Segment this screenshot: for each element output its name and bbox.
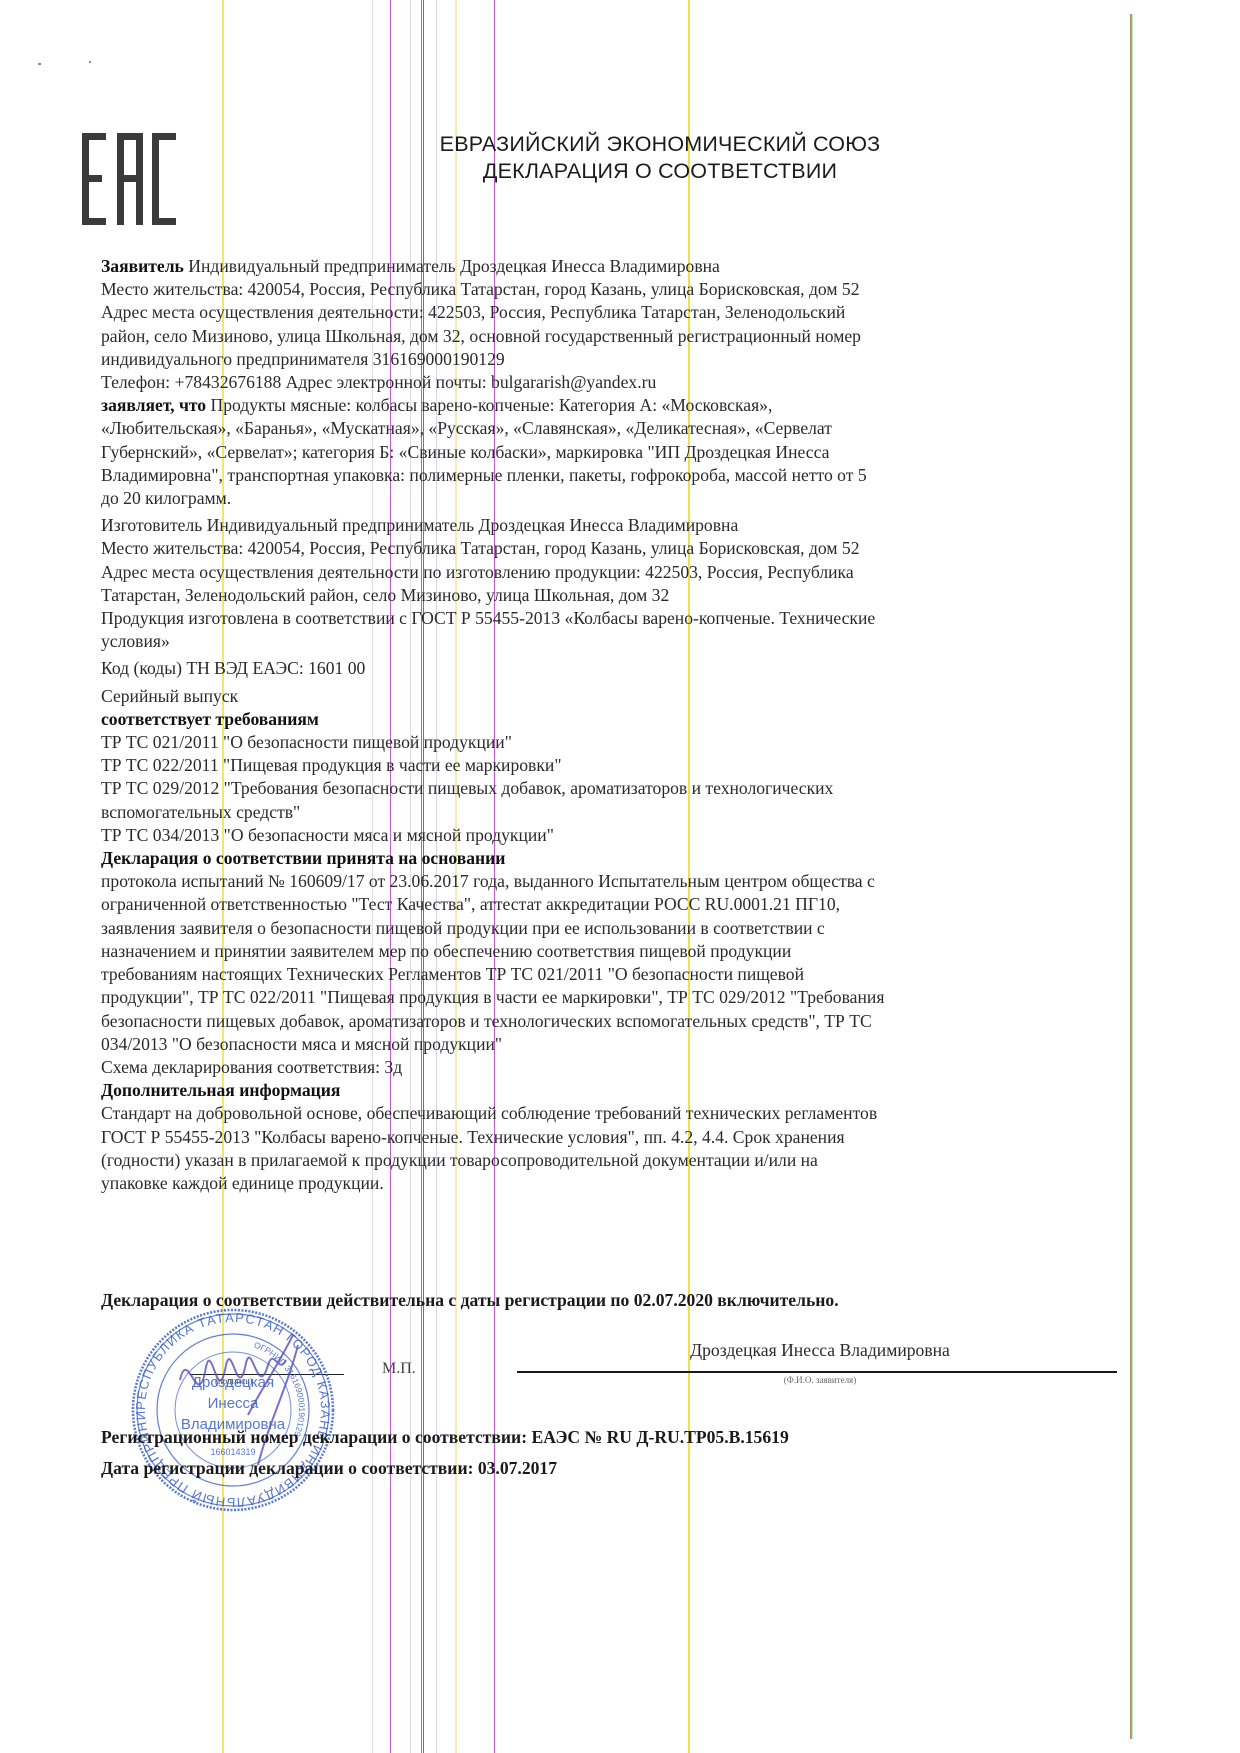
requirement-item: вспомогательных средств" <box>101 801 1121 824</box>
additional-info-text: ГОСТ Р 55455-2013 "Колбасы варено-копчен… <box>101 1126 1121 1149</box>
additional-info-text: (годности) указан в прилагаемой к продук… <box>101 1149 1121 1172</box>
declares-label: заявляет, что <box>101 395 206 415</box>
manufacturer-name: Индивидуальный предприниматель Дроздецка… <box>207 515 739 535</box>
product-description: «Любительская», «Баранья», «Мускатная», … <box>101 417 1121 440</box>
basis-text: требованиям настоящих Технических Реглам… <box>101 963 1121 986</box>
product-description: Губернский», «Сервелат»; категория Б: «С… <box>101 441 1121 464</box>
production-address: Татарстан, Зеленодольский район, село Ми… <box>101 584 1121 607</box>
applicant-name: Индивидуальный предприниматель Дроздецка… <box>188 256 720 276</box>
declaration-page: ЕВРАЗИЙСКИЙ ЭКОНОМИЧЕСКИЙ СОЮЗ ДЕКЛАРАЦИ… <box>0 0 1240 1753</box>
registration-date: Дата регистрации декларации о соответств… <box>101 1458 557 1479</box>
additional-info-heading: Дополнительная информация <box>101 1079 1121 1102</box>
release-type: Серийный выпуск <box>101 685 1121 708</box>
basis-text: 034/2013 "О безопасности мяса и мясной п… <box>101 1033 1121 1056</box>
signer-name: Дроздецкая Инесса Владимировна <box>520 1340 1120 1361</box>
requirements-label: соответствует требованиям <box>101 709 319 729</box>
applicant-contacts: Телефон: +78432676188 Адрес электронной … <box>101 371 1121 394</box>
applicant-residence: Место жительства: 420054, Россия, Респуб… <box>101 278 1121 301</box>
basis-text: продукции", ТР ТС 022/2011 "Пищевая прод… <box>101 986 1121 1009</box>
production-standard: условия» <box>101 630 1121 653</box>
requirement-item: ТР ТС 021/2011 "О безопасности пищевой п… <box>101 731 1121 754</box>
official-stamp-icon: РЕСПУБЛИКА ТАТАРСТАН ГОРОД КАЗАНЬ ИНДИВИ… <box>128 1305 338 1515</box>
stamp-inn: 166014319 <box>210 1447 255 1457</box>
requirement-item: ТР ТС 029/2012 "Требования безопасности … <box>101 777 1121 800</box>
requirements-heading: соответствует требованиям <box>101 708 1121 731</box>
union-name: ЕВРАЗИЙСКИЙ ЭКОНОМИЧЕСКИЙ СОЮЗ <box>400 131 920 158</box>
basis-heading: Декларация о соответствии принята на осн… <box>101 847 1121 870</box>
eac-letter-e <box>82 133 108 225</box>
basis-text: назначением и принятии заявителем мер по… <box>101 940 1121 963</box>
declaration-body: Заявитель Индивидуальный предприниматель… <box>101 255 1121 1195</box>
eac-letter-c <box>152 133 178 225</box>
applicant-line: Заявитель Индивидуальный предприниматель… <box>101 255 1121 278</box>
scan-speck <box>38 63 41 65</box>
tn-ved-code: Код (коды) ТН ВЭД ЕАЭС: 1601 00 <box>101 657 1121 680</box>
requirement-item: ТР ТС 034/2013 "О безопасности мяса и мя… <box>101 824 1121 847</box>
applicant-activity-address: район, село Мизиново, улица Школьная, до… <box>101 325 1121 348</box>
stamp-place-label: М.П. <box>382 1360 416 1378</box>
eac-mark-icon <box>82 133 178 225</box>
applicant-ogrnip: индивидуального предпринимателя 31616900… <box>101 348 1121 371</box>
product-description: Продукты мясные: колбасы варено-копченые… <box>211 395 773 415</box>
production-address: Адрес места осуществления деятельности п… <box>101 561 1121 584</box>
scan-speck <box>89 61 91 63</box>
product-description: Владимировна", транспортная упаковка: по… <box>101 464 1121 487</box>
applicant-label: Заявитель <box>101 256 184 276</box>
manufacturer-line: Изготовитель Индивидуальный предпринимат… <box>101 514 1121 537</box>
product-description: до 20 килограмм. <box>101 487 1121 510</box>
additional-info-text: упаковке каждой единице продукции. <box>101 1172 1121 1195</box>
declaration-heading: ДЕКЛАРАЦИЯ О СООТВЕТСТВИИ <box>400 158 920 185</box>
additional-info-label: Дополнительная информация <box>101 1080 340 1100</box>
basis-text: протокола испытаний № 160609/17 от 23.06… <box>101 870 1121 893</box>
basis-text: заявления заявителя о безопасности пищев… <box>101 917 1121 940</box>
document-title: ЕВРАЗИЙСКИЙ ЭКОНОМИЧЕСКИЙ СОЮЗ ДЕКЛАРАЦИ… <box>400 131 920 185</box>
requirement-item: ТР ТС 022/2011 "Пищевая продукция в част… <box>101 754 1121 777</box>
manufacturer-residence: Место жительства: 420054, Россия, Респуб… <box>101 537 1121 560</box>
basis-text: ограниченной ответственностью "Тест Каче… <box>101 893 1121 916</box>
signer-name-caption: (Ф.И.О. заявителя) <box>520 1375 1120 1385</box>
additional-info-text: Стандарт на добровольной основе, обеспеч… <box>101 1102 1121 1125</box>
applicant-activity-address: Адрес места осуществления деятельности: … <box>101 301 1121 324</box>
scan-edge-line <box>1130 14 1133 1739</box>
declares-line: заявляет, что Продукты мясные: колбасы в… <box>101 394 1121 417</box>
basis-label: Декларация о соответствии принята на осн… <box>101 848 505 868</box>
declaration-scheme: Схема декларирования соответствия: 3д <box>101 1056 1121 1079</box>
production-standard: Продукция изготовлена в соответствии с Г… <box>101 607 1121 630</box>
registration-number: Регистрационный номер декларации о соотв… <box>101 1427 789 1448</box>
basis-text: безопасности пищевых добавок, ароматизат… <box>101 1010 1121 1033</box>
manufacturer-label: Изготовитель <box>101 515 202 535</box>
eac-letter-a <box>117 133 143 225</box>
signer-name-line <box>517 1371 1117 1373</box>
